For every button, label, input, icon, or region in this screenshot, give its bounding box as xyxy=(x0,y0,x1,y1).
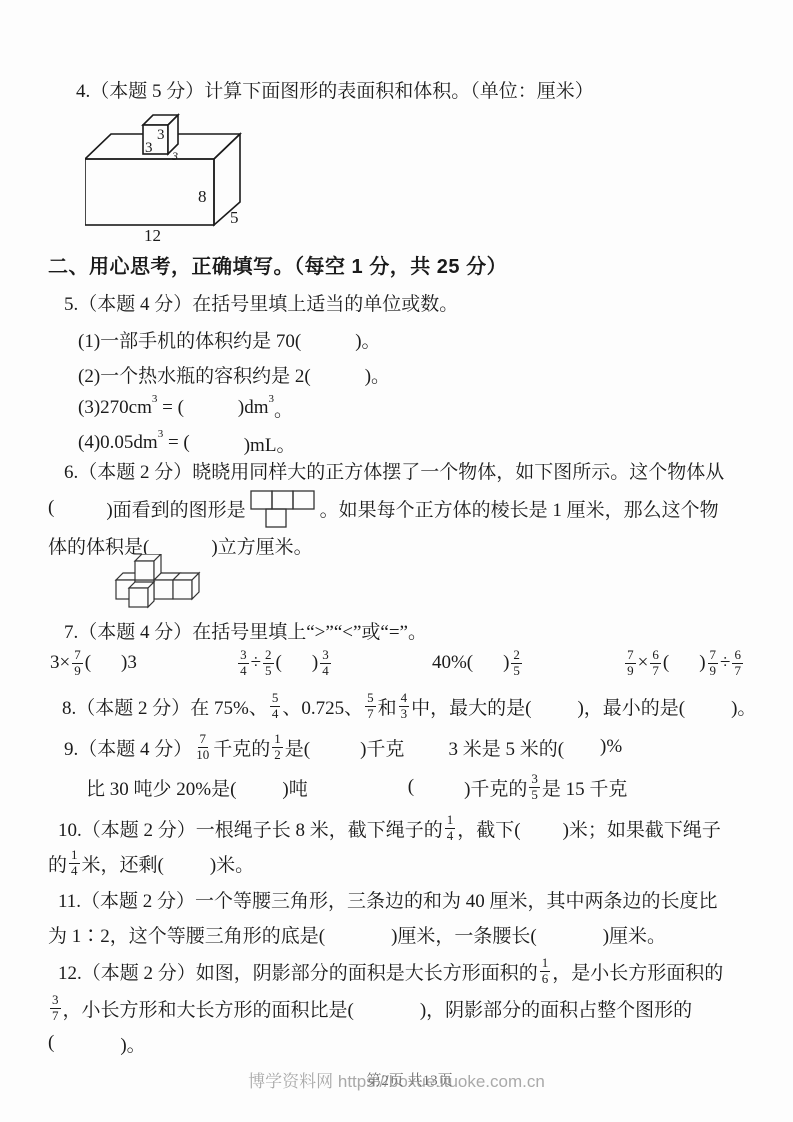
fraction-denominator: 6 xyxy=(540,972,551,987)
blank-space xyxy=(54,508,106,509)
fraction: 67 xyxy=(650,648,661,679)
question-10-line-1: 10.（本题 2 分）一根绳子长 8 米，截下绳子的14，截下()米；如果截下绳… xyxy=(58,813,721,843)
text-run: 9.（本题 4 分） xyxy=(64,734,192,761)
blank-space xyxy=(564,747,600,748)
fraction-numerator: 1 xyxy=(69,848,80,864)
question-7-comparisons: 3×79()3 34÷25()34 40%()25 79×67()79÷67 xyxy=(50,641,745,685)
text-run: )米。 xyxy=(210,850,254,877)
fraction-numerator: 4 xyxy=(399,691,410,707)
fraction-numerator: 3 xyxy=(50,993,61,1009)
fraction-denominator: 4 xyxy=(445,829,456,844)
cube-face xyxy=(135,561,154,580)
fraction: 35 xyxy=(529,772,540,803)
blank-space xyxy=(149,545,211,546)
question-4-figure: 3 3 3 8 5 12 xyxy=(85,112,250,244)
cube-face xyxy=(154,580,173,599)
fraction: 79 xyxy=(708,648,719,679)
fraction-denominator: 9 xyxy=(708,664,719,679)
text-run: )厘米。 xyxy=(603,921,666,948)
fraction: 67 xyxy=(732,648,743,679)
t-shape-square xyxy=(266,509,286,527)
blank-space xyxy=(473,663,503,664)
t-shape-square xyxy=(293,491,314,509)
page-number: 第2页 共13页 xyxy=(26,1069,793,1090)
text-run: = ( xyxy=(163,432,190,454)
text-run: 3× xyxy=(50,652,70,674)
fraction-denominator: 5 xyxy=(511,664,522,679)
fraction-denominator: 9 xyxy=(625,664,636,679)
fraction: 54 xyxy=(270,691,281,722)
question-12-line-1: 12.（本题 2 分）如图，阴影部分的面积是大长方形面积的16，是小长方形面积的 xyxy=(58,956,723,986)
t-shape-square xyxy=(272,491,293,509)
cuboid-height-label: 8 xyxy=(198,187,207,206)
text-run: )dm xyxy=(238,397,269,419)
text-run: )3 xyxy=(121,652,137,674)
fraction-numerator: 7 xyxy=(198,732,209,748)
cube-face xyxy=(173,580,192,599)
fraction-denominator: 4 xyxy=(69,864,80,879)
blank-space xyxy=(310,747,360,748)
text-run: 3 米是 5 米的( xyxy=(448,734,564,761)
fraction-denominator: 2 xyxy=(272,748,283,763)
question-9-line-2: 比 30 吨少 20%是()吨()千克的35是 15 千克 xyxy=(86,772,627,802)
question-11-line-1: 11.（本题 2 分）一个等腰三角形，三条边的和为 40 厘米，其中两条边的长度… xyxy=(58,884,718,914)
fraction-numerator: 2 xyxy=(263,648,274,664)
question-12-line-3: ()。 xyxy=(48,1028,146,1058)
text-run: )。 xyxy=(120,1030,145,1057)
fraction: 14 xyxy=(445,813,456,844)
fraction-denominator: 7 xyxy=(650,664,661,679)
text-run: ，小长方形和大长方形的面积比是( xyxy=(63,995,354,1022)
comparison-item-2: 34÷25()34 xyxy=(236,648,333,679)
question-10-line-2: 的14米，还剩()米。 xyxy=(48,848,254,878)
text-run: )米；如果截下绳子 xyxy=(563,815,721,842)
text-run: ÷ xyxy=(720,652,730,674)
fraction: 79 xyxy=(625,648,636,679)
question-8-text: 8.（本题 2 分）在 75%、54、0.725、57和43中，最大的是()，最… xyxy=(62,691,756,721)
text-run: )千克 xyxy=(360,734,404,761)
text-run: )立方厘米。 xyxy=(211,532,312,559)
question-5-item-3: (3)270cm3 = ()dm3。 xyxy=(78,393,293,423)
text-run: )厘米，一条腰长( xyxy=(391,921,537,948)
blank-space xyxy=(325,934,391,935)
text-run: )。 xyxy=(355,326,380,353)
text-run: 。如果每个正方体的棱长是 1 厘米，那么这个物 xyxy=(320,495,719,522)
text-run: )mL。 xyxy=(244,430,296,457)
exam-page: 4.（本题 5 分）计算下面图形的表面积和体积。（单位：厘米） 3 3 3 8 … xyxy=(0,0,793,1122)
blank-space xyxy=(685,706,731,707)
text-run: ) xyxy=(503,652,509,674)
blank-space xyxy=(521,828,563,829)
text-run: ，是小长方形面积的 xyxy=(552,958,723,985)
text-run: 8.（本题 2 分）在 75%、 xyxy=(62,693,268,720)
text-run: )。 xyxy=(731,693,756,720)
fraction-denominator: 4 xyxy=(320,664,331,679)
text-run: 6.（本题 2 分）晓晓用同样大的正方体摆了一个物体，如下图所示。这个物体从 xyxy=(64,457,724,484)
blank-space xyxy=(354,1008,420,1009)
blank-space xyxy=(301,339,355,340)
text-run: ÷ xyxy=(251,652,261,674)
fraction-numerator: 2 xyxy=(511,648,522,664)
text-run: 是( xyxy=(285,734,310,761)
stacked-cubes-figure xyxy=(112,554,202,610)
cuboid-depth-label: 5 xyxy=(230,208,239,227)
question-11-line-2: 为 1∶2，这个等腰三角形的底是()厘米，一条腰长()厘米。 xyxy=(48,919,666,949)
blank-space xyxy=(537,934,603,935)
text-run: 和 xyxy=(378,693,397,720)
cuboid-length-label: 12 xyxy=(144,226,161,244)
text-run: 二、用心思考，正确填写。（每空 1 分，共 25 分） xyxy=(48,250,507,279)
question-6-figure xyxy=(112,554,202,610)
text-run: 4.（本题 5 分）计算下面图形的表面积和体积。（单位：厘米） xyxy=(76,76,594,103)
fraction: 43 xyxy=(399,691,410,722)
question-5-text: 5.（本题 4 分）在括号里填上适当的单位或数。 xyxy=(64,287,458,317)
blank-space xyxy=(404,747,448,748)
blank-space xyxy=(190,443,244,444)
text-run: 、0.725、 xyxy=(282,693,363,720)
question-5-item-4: (4)0.05dm3 = ()mL。 xyxy=(78,428,295,458)
blank-space xyxy=(184,408,238,409)
fraction-numerator: 6 xyxy=(650,648,661,664)
fraction-numerator: 1 xyxy=(445,813,456,829)
text-run: )吨 xyxy=(282,774,307,801)
fraction-denominator: 7 xyxy=(732,664,743,679)
blank-space xyxy=(54,1043,120,1044)
cube-edge-label-depth: 3 xyxy=(171,149,178,163)
text-run: 千克的 xyxy=(213,734,270,761)
text-run: = ( xyxy=(157,397,184,419)
question-9-line-1: 9.（本题 4 分）710千克的12是()千克3 米是 5 米的()% xyxy=(64,732,622,762)
text-run: ，截下( xyxy=(457,815,520,842)
blank-space xyxy=(282,663,312,664)
blank-space xyxy=(414,787,464,788)
text-run: 是 15 千克 xyxy=(542,774,628,801)
fraction: 25 xyxy=(263,648,274,679)
text-run: 中，最大的是( xyxy=(411,693,531,720)
text-run: 。 xyxy=(274,395,293,422)
fraction: 710 xyxy=(194,732,211,763)
question-12-line-2: 37，小长方形和大长方形的面积比是()，阴影部分的面积占整个图形的 xyxy=(48,993,692,1023)
cube-edge-label-left: 3 xyxy=(145,140,153,156)
fraction-denominator: 9 xyxy=(72,664,83,679)
text-run: )，最小的是( xyxy=(577,693,685,720)
blank-space xyxy=(311,374,365,375)
fraction-numerator: 5 xyxy=(365,691,376,707)
question-6-line-2-post: 。如果每个正方体的棱长是 1 厘米，那么这个物 xyxy=(320,495,719,522)
blank-space xyxy=(308,787,408,788)
fraction-denominator: 10 xyxy=(194,748,211,763)
text-run: 的 xyxy=(48,850,67,877)
question-6-line-2: ()面看到的图形是 。如果每个正方体的棱长是 1 厘米，那么这个物 xyxy=(48,493,719,523)
t-shape-square xyxy=(251,491,272,509)
text-run: (4)0.05dm xyxy=(78,432,158,454)
text-run: 10.（本题 2 分）一根绳子长 8 米，截下绳子的 xyxy=(58,815,443,842)
fraction: 34 xyxy=(320,648,331,679)
section-two-title: 二、用心思考，正确填写。（每空 1 分，共 25 分） xyxy=(48,249,507,279)
cube-edge-label-top: 3 xyxy=(157,127,165,143)
fraction-numerator: 3 xyxy=(529,772,540,788)
text-run: ) xyxy=(312,652,318,674)
comparison-item-4: 79×67()79÷67 xyxy=(623,648,745,679)
text-run: )面看到的图形是 xyxy=(106,495,245,522)
question-5-item-2: (2)一个热水瓶的容积约是 2()。 xyxy=(78,359,390,389)
cuboid-front-face xyxy=(85,159,214,225)
question-6-line-1: 6.（本题 2 分）晓晓用同样大的正方体摆了一个物体，如下图所示。这个物体从 xyxy=(64,455,724,485)
fraction-numerator: 1 xyxy=(540,956,551,972)
fraction-denominator: 5 xyxy=(263,664,274,679)
question-4-text: 4.（本题 5 分）计算下面图形的表面积和体积。（单位：厘米） xyxy=(76,74,594,104)
fraction-numerator: 3 xyxy=(238,648,249,664)
fraction-denominator: 4 xyxy=(270,707,281,722)
comparison-item-1: 3×79()3 xyxy=(50,648,137,679)
fraction-numerator: 1 xyxy=(272,732,283,748)
fraction: 25 xyxy=(511,648,522,679)
blank-space xyxy=(91,663,121,664)
blank-space xyxy=(531,706,577,707)
blank-space xyxy=(669,663,699,664)
fraction: 34 xyxy=(238,648,249,679)
text-run: (2)一个热水瓶的容积约是 2( xyxy=(78,361,311,388)
fraction-numerator: 7 xyxy=(72,648,83,664)
fraction-denominator: 7 xyxy=(50,1009,61,1024)
fraction-denominator: 4 xyxy=(238,664,249,679)
question-5-item-1: (1)一部手机的体积约是 70()。 xyxy=(78,324,381,354)
fraction-numerator: 6 xyxy=(732,648,743,664)
text-run: 为 1∶2，这个等腰三角形的底是( xyxy=(48,921,325,948)
text-run: )。 xyxy=(365,361,390,388)
text-run: 7.（本题 4 分）在括号里填上“>”“<”或“=”。 xyxy=(64,617,427,644)
cube-face xyxy=(129,588,148,607)
text-run: )千克的 xyxy=(464,774,527,801)
text-run: 40%( xyxy=(432,652,473,674)
blank-space xyxy=(236,787,282,788)
text-run: 5.（本题 4 分）在括号里填上适当的单位或数。 xyxy=(64,289,458,316)
text-run: × xyxy=(638,652,649,674)
text-run: )% xyxy=(600,736,622,758)
fraction-denominator: 3 xyxy=(399,707,410,722)
blank-space xyxy=(164,863,210,864)
cuboid-with-cube-figure: 3 3 3 8 5 12 xyxy=(85,112,250,244)
text-run: 米，还剩( xyxy=(82,850,164,877)
fraction-numerator: 5 xyxy=(270,691,281,707)
fraction-numerator: 3 xyxy=(320,648,331,664)
fraction: 79 xyxy=(72,648,83,679)
fraction: 37 xyxy=(50,993,61,1024)
text-run: (3)270cm xyxy=(78,397,152,419)
text-run: ) xyxy=(699,652,705,674)
fraction: 16 xyxy=(540,956,551,987)
t-shape-view-figure xyxy=(250,490,316,530)
fraction-denominator: 7 xyxy=(365,707,376,722)
question-6-line-2-pre: ()面看到的图形是 xyxy=(48,495,246,522)
comparison-item-3: 40%()25 xyxy=(432,648,524,679)
text-run: 12.（本题 2 分）如图，阴影部分的面积是大长方形面积的 xyxy=(58,958,538,985)
fraction: 12 xyxy=(272,732,283,763)
fraction-numerator: 7 xyxy=(625,648,636,664)
fraction: 57 xyxy=(365,691,376,722)
fraction-numerator: 7 xyxy=(708,648,719,664)
text-run: (1)一部手机的体积约是 70( xyxy=(78,326,301,353)
text-run: 比 30 吨少 20%是( xyxy=(86,774,236,801)
fraction-denominator: 5 xyxy=(529,788,540,803)
fraction: 14 xyxy=(69,848,80,879)
text-run: )，阴影部分的面积占整个图形的 xyxy=(420,995,692,1022)
text-run: 11.（本题 2 分）一个等腰三角形，三条边的和为 40 厘米，其中两条边的长度… xyxy=(58,886,718,913)
